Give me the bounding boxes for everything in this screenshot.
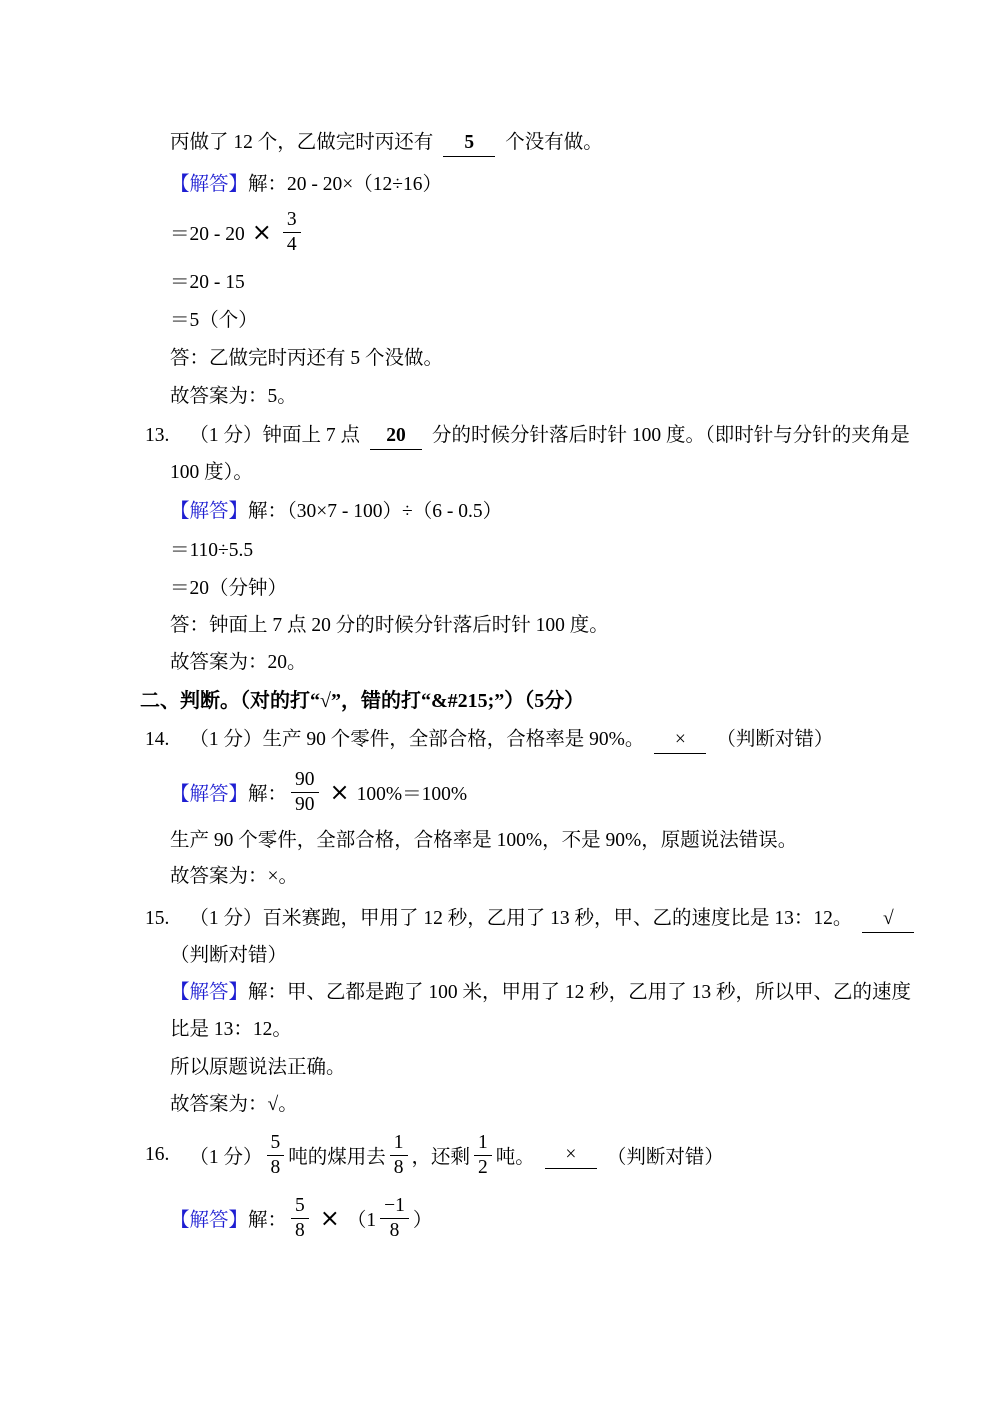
jieda-label: 【解答】 xyxy=(170,778,248,806)
q15-solution-line-2: 比是 13：12。 xyxy=(170,1011,292,1049)
q15-text-wrap: （判断对错） xyxy=(170,945,287,966)
q14-solution-line: 【解答】 解： 9090 × 100%＝100% xyxy=(170,764,467,820)
q16-text-mid: 吨。 xyxy=(496,1141,535,1169)
q13-text-post: 分的时候分针落后时针 100 度。（即时针与分针的夹角是 xyxy=(432,425,910,446)
q15-question-line-2: （判断对错） xyxy=(170,937,287,975)
q12-answer-text: 答：乙做完时丙还有 5 个没做。 xyxy=(170,348,443,369)
question-number: 14. xyxy=(145,729,169,750)
q16-solution-line: 【解答】 解： 58 × （1 −18 ） xyxy=(170,1190,432,1246)
q16-text-mid: 吨的煤用去 xyxy=(288,1141,386,1169)
q16-text-mid: ，还剩 xyxy=(412,1141,471,1169)
q12-step-line: ＝5（个） xyxy=(170,302,258,340)
fraction-numerator: −1 xyxy=(380,1195,409,1219)
q14-final-answer-text: 故答案为：×。 xyxy=(170,866,298,887)
q12-final-answer: 故答案为：5。 xyxy=(170,378,297,416)
jieda-label: 【解答】 xyxy=(170,174,248,195)
q14-answer-blank: × xyxy=(654,727,706,754)
q13-question-line-2: 100 度）。 xyxy=(170,454,253,492)
q15-conclusion-text: 所以原题说法正确。 xyxy=(170,1057,346,1078)
q15-solution-wrap: 比是 13：12。 xyxy=(170,1019,292,1040)
jieda-label: 【解答】 xyxy=(170,501,248,522)
q16-solution-post: ） xyxy=(413,1204,433,1232)
multiply-sign: × xyxy=(252,218,272,246)
q14-solution-pre: 解： xyxy=(248,778,287,806)
q16-text-pre: （1 分） xyxy=(189,1141,262,1169)
fraction: 18 xyxy=(390,1132,408,1179)
q12-text-post: 个没有做。 xyxy=(505,132,603,153)
fraction-denominator: 8 xyxy=(390,1219,400,1242)
q12-question-line: 丙做了 12 个，乙做完时丙还有5个没有做。 xyxy=(170,124,603,162)
q14-final-answer: 故答案为：×。 xyxy=(170,858,298,896)
q14-text-pre: （1 分）生产 90 个零件，全部合格，合格率是 90%。 xyxy=(189,729,644,750)
q12-text-pre: 丙做了 12 个，乙做完时丙还有 xyxy=(170,132,433,153)
fraction-denominator: 8 xyxy=(295,1219,305,1242)
fraction-numerator: 5 xyxy=(267,1132,285,1156)
fraction: −18 xyxy=(380,1195,409,1242)
fraction: 12 xyxy=(474,1132,492,1179)
q13-step-text: ＝20（分钟） xyxy=(170,578,287,599)
section-header-text: 二、判断。（对的打“√”，错的打“&#215;”）（5分） xyxy=(140,690,584,712)
multiply-sign: × xyxy=(320,1204,340,1232)
q15-solution-line: 【解答】解：甲、乙都是跑了 100 米，甲用了 12 秒，乙用了 13 秒，所以… xyxy=(170,974,911,1012)
fraction-denominator: 4 xyxy=(287,233,297,256)
fraction: 58 xyxy=(267,1132,285,1179)
q13-step-line: ＝110÷5.5 xyxy=(170,532,253,570)
q15-conclusion-line: 所以原题说法正确。 xyxy=(170,1049,346,1087)
question-number: 16. xyxy=(145,1144,169,1166)
fraction-denominator: 2 xyxy=(478,1156,488,1179)
q12-answer-sentence: 答：乙做完时丙还有 5 个没做。 xyxy=(170,340,443,378)
jieda-label: 【解答】 xyxy=(170,1204,248,1232)
fraction-denominator: 90 xyxy=(295,793,315,816)
q16-answer-blank: × xyxy=(545,1142,597,1169)
q14-explanation-text: 生产 90 个零件，全部合格，合格率是 100%，不是 90%，原题说法错误。 xyxy=(170,830,797,851)
fraction-numerator: 5 xyxy=(291,1195,309,1219)
q12-solution-line: 【解答】解：20 - 20×（12÷16） xyxy=(170,166,442,204)
q16-solution-mid: （1 xyxy=(347,1204,376,1232)
question-number: 13. xyxy=(145,425,169,446)
q13-answer-blank: 20 xyxy=(370,423,422,450)
q12-final-answer-text: 故答案为：5。 xyxy=(170,386,297,407)
q13-answer-sentence: 答：钟面上 7 点 20 分的时候分针落后时针 100 度。 xyxy=(170,607,609,645)
q15-text: （1 分）百米赛跑，甲用了 12 秒，乙用了 13 秒，甲、乙的速度比是 13：… xyxy=(189,908,852,929)
q13-final-answer-text: 故答案为：20。 xyxy=(170,652,307,673)
q15-final-answer-text: 故答案为：√。 xyxy=(170,1094,298,1115)
fraction-denominator: 8 xyxy=(271,1156,281,1179)
q14-explanation-line: 生产 90 个零件，全部合格，合格率是 100%，不是 90%，原题说法错误。 xyxy=(170,822,797,860)
q13-solution-line: 【解答】解：（30×7 - 100）÷（6 - 0.5） xyxy=(170,493,502,531)
fraction-denominator: 8 xyxy=(394,1156,404,1179)
q16-text-post: （判断对错） xyxy=(607,1141,724,1169)
q15-question-line: 15.（1 分）百米赛跑，甲用了 12 秒，乙用了 13 秒，甲、乙的速度比是 … xyxy=(145,900,924,938)
q12-step-text: ＝20 - 20 xyxy=(170,218,245,246)
q15-final-answer: 故答案为：√。 xyxy=(170,1086,298,1124)
q15-solution-text: 解：甲、乙都是跑了 100 米，甲用了 12 秒，乙用了 13 秒，所以甲、乙的… xyxy=(248,982,911,1003)
q12-step-fraction-line: ＝20 - 20 × 34 xyxy=(170,204,305,260)
q12-step-text: ＝5（个） xyxy=(170,310,258,331)
section-header: 二、判断。（对的打“√”，错的打“&#215;”）（5分） xyxy=(140,682,584,720)
fraction: 9090 xyxy=(291,769,319,816)
q12-answer-blank: 5 xyxy=(443,130,495,157)
q13-solution-text: 解：（30×7 - 100）÷（6 - 0.5） xyxy=(248,501,502,522)
document-page: 丙做了 12 个，乙做完时丙还有5个没有做。 【解答】解：20 - 20×（12… xyxy=(0,0,1000,1415)
q13-step-line: ＝20（分钟） xyxy=(170,570,287,608)
q13-text-wrap: 100 度）。 xyxy=(170,462,253,483)
jieda-label: 【解答】 xyxy=(170,982,248,1003)
question-number: 15. xyxy=(145,908,169,929)
q13-final-answer: 故答案为：20。 xyxy=(170,644,307,682)
q14-text-post: （判断对错） xyxy=(716,729,833,750)
fraction-numerator: 3 xyxy=(283,209,301,233)
q12-step-line: ＝20 - 15 xyxy=(170,264,245,302)
q16-solution-pre: 解： xyxy=(248,1204,287,1232)
q14-question-line: 14.（1 分）生产 90 个零件，全部合格，合格率是 90%。×（判断对错） xyxy=(145,721,833,759)
q16-question-line: 16. （1 分） 58 吨的煤用去 18 ，还剩 12 吨。 × （判断对错） xyxy=(145,1127,724,1183)
fraction-numerator: 90 xyxy=(291,769,319,793)
multiply-sign: × xyxy=(330,778,350,806)
q12-step-text: ＝20 - 15 xyxy=(170,272,245,293)
fraction-numerator: 1 xyxy=(474,1132,492,1156)
fraction-numerator: 1 xyxy=(390,1132,408,1156)
fraction: 34 xyxy=(283,209,301,256)
q14-solution-post: 100%＝100% xyxy=(357,778,468,806)
q12-solution-text: 解：20 - 20×（12÷16） xyxy=(248,174,442,195)
q13-answer-text: 答：钟面上 7 点 20 分的时候分针落后时针 100 度。 xyxy=(170,615,609,636)
q15-answer-blank: √ xyxy=(862,906,914,933)
q13-question-line: 13.（1 分）钟面上 7 点20分的时候分针落后时针 100 度。（即时针与分… xyxy=(145,417,910,455)
fraction: 58 xyxy=(291,1195,309,1242)
q13-step-text: ＝110÷5.5 xyxy=(170,540,253,561)
q13-text-pre: （1 分）钟面上 7 点 xyxy=(189,425,360,446)
